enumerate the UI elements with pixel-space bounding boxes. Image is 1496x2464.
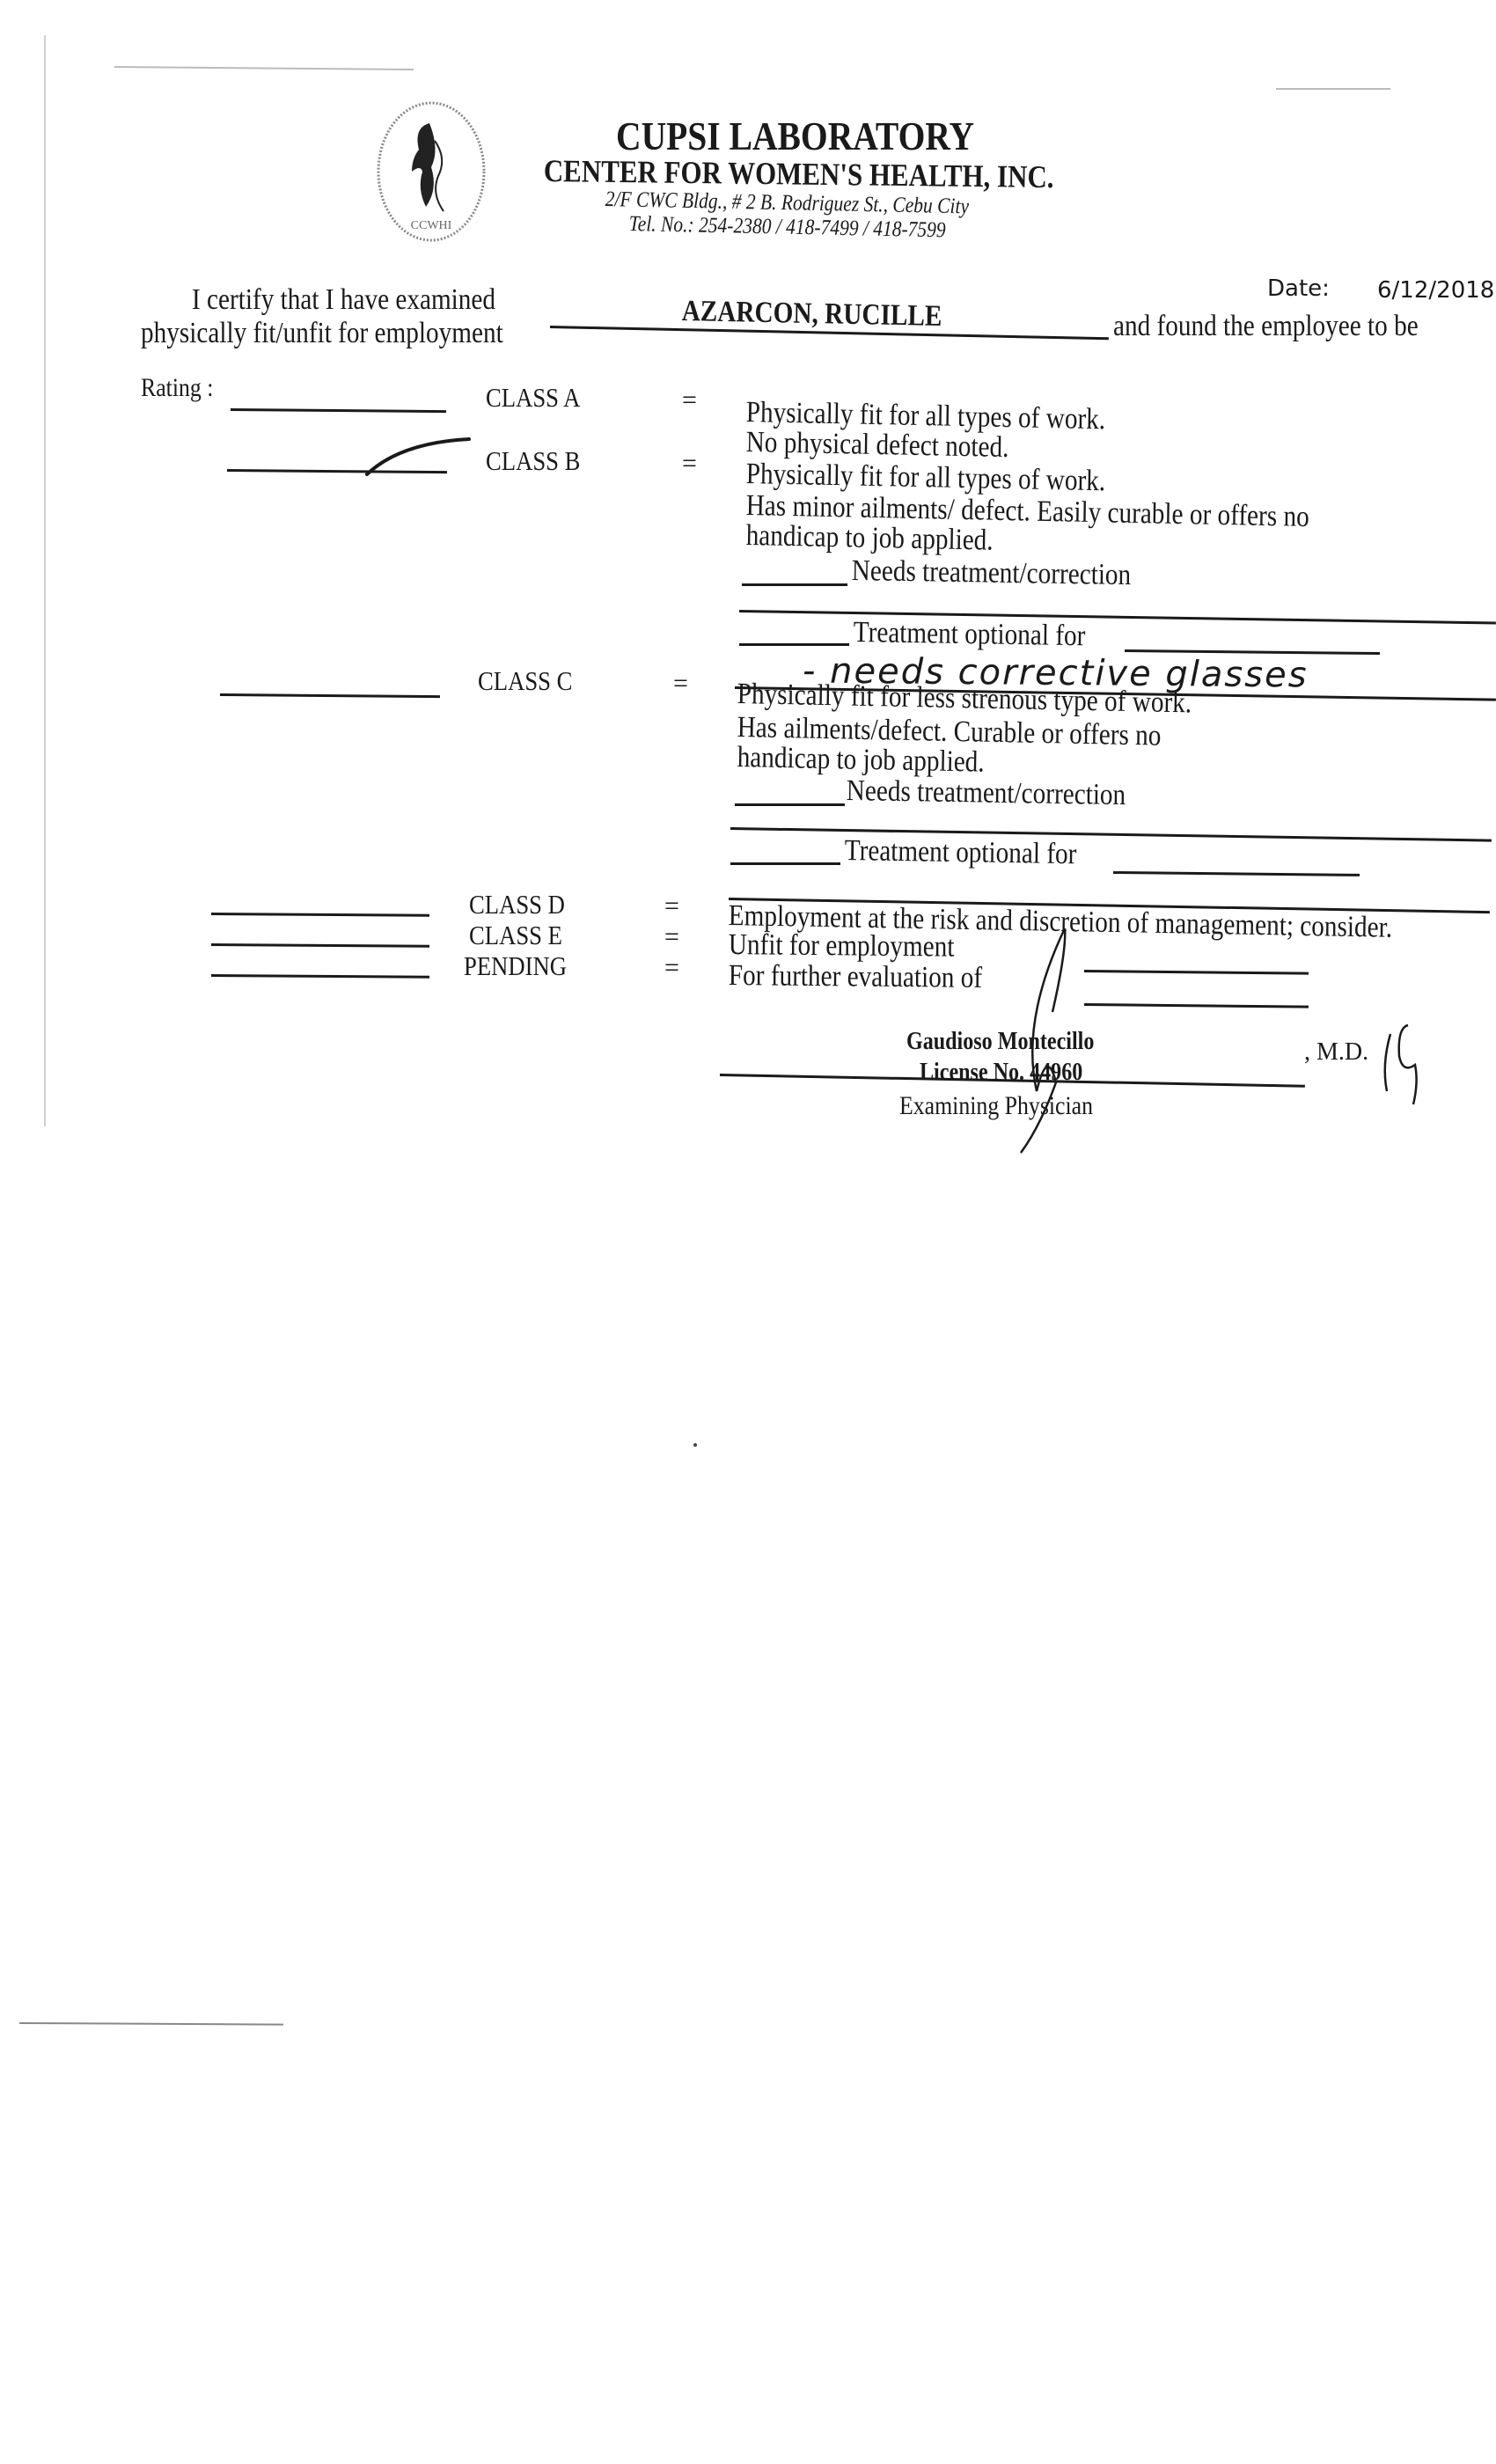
physician-signature-icon xyxy=(968,915,1461,1162)
equals-sign: = xyxy=(664,953,679,983)
certify-text: I certify that I have examined xyxy=(192,283,495,317)
class-c-needs-treatment-checkbox[interactable] xyxy=(735,803,845,806)
found-text: and found the employee to be xyxy=(1113,310,1419,343)
equals-sign: = xyxy=(664,891,679,921)
class-d-label: CLASS D xyxy=(469,889,565,920)
fitness-text: physically fit/unfit for employment xyxy=(141,317,503,350)
class-e-checkbox-line[interactable] xyxy=(211,943,429,948)
class-c-needs-treatment-label: Needs treatment/correction xyxy=(847,774,1126,812)
pending-desc: For further evaluation of xyxy=(729,959,983,995)
date-label: Date: xyxy=(1267,275,1330,302)
pending-label: PENDING xyxy=(464,950,567,982)
scan-artifact-line xyxy=(114,66,414,70)
scan-artifact-line xyxy=(19,2022,283,2026)
equals-sign: = xyxy=(682,385,697,415)
class-c-treatment-optional-blank xyxy=(1113,871,1360,876)
equals-sign: = xyxy=(673,669,688,699)
class-c-treatment-optional-checkbox[interactable] xyxy=(730,862,840,865)
class-c-desc-3: handicap to job applied. xyxy=(737,741,984,780)
class-b-desc-3: handicap to job applied. xyxy=(745,519,993,558)
class-a-label: CLASS A xyxy=(486,382,580,414)
class-e-label: CLASS E xyxy=(469,920,562,951)
scan-artifact-line xyxy=(1276,88,1390,90)
class-c-label: CLASS C xyxy=(478,665,572,697)
class-c-treatment-optional-label: Treatment optional for xyxy=(845,834,1077,871)
ccwhi-logo-icon: CCWHI xyxy=(370,97,493,246)
scan-speck xyxy=(693,1443,697,1447)
lab-phone: Tel. No.: 254-2380 / 418-7499 / 418-7599 xyxy=(629,212,946,243)
equals-sign: = xyxy=(682,449,697,479)
class-b-needs-treatment-checkbox[interactable] xyxy=(742,583,847,586)
svg-text:CCWHI: CCWHI xyxy=(411,219,452,232)
class-b-label: CLASS B xyxy=(486,445,580,477)
class-b-treatment-optional-label: Treatment optional for xyxy=(854,616,1086,653)
lab-title: CUPSI LABORATORY xyxy=(616,113,974,159)
class-b-treatment-optional-checkbox[interactable] xyxy=(739,643,849,646)
rating-label: Rating : xyxy=(141,373,213,403)
class-d-checkbox-line[interactable] xyxy=(211,913,429,917)
class-a-checkbox-line[interactable] xyxy=(231,408,446,413)
class-c-checkbox-line[interactable] xyxy=(220,693,440,698)
equals-sign: = xyxy=(664,922,679,952)
date-value: 6/12/2018 xyxy=(1377,277,1494,304)
employee-name: AZARCON, RUCILLE xyxy=(681,295,942,334)
pending-checkbox-line[interactable] xyxy=(211,974,429,979)
class-b-checkmark-icon xyxy=(356,436,480,480)
page-margin-line xyxy=(44,35,46,1126)
class-b-needs-treatment-label: Needs treatment/correction xyxy=(852,554,1132,592)
